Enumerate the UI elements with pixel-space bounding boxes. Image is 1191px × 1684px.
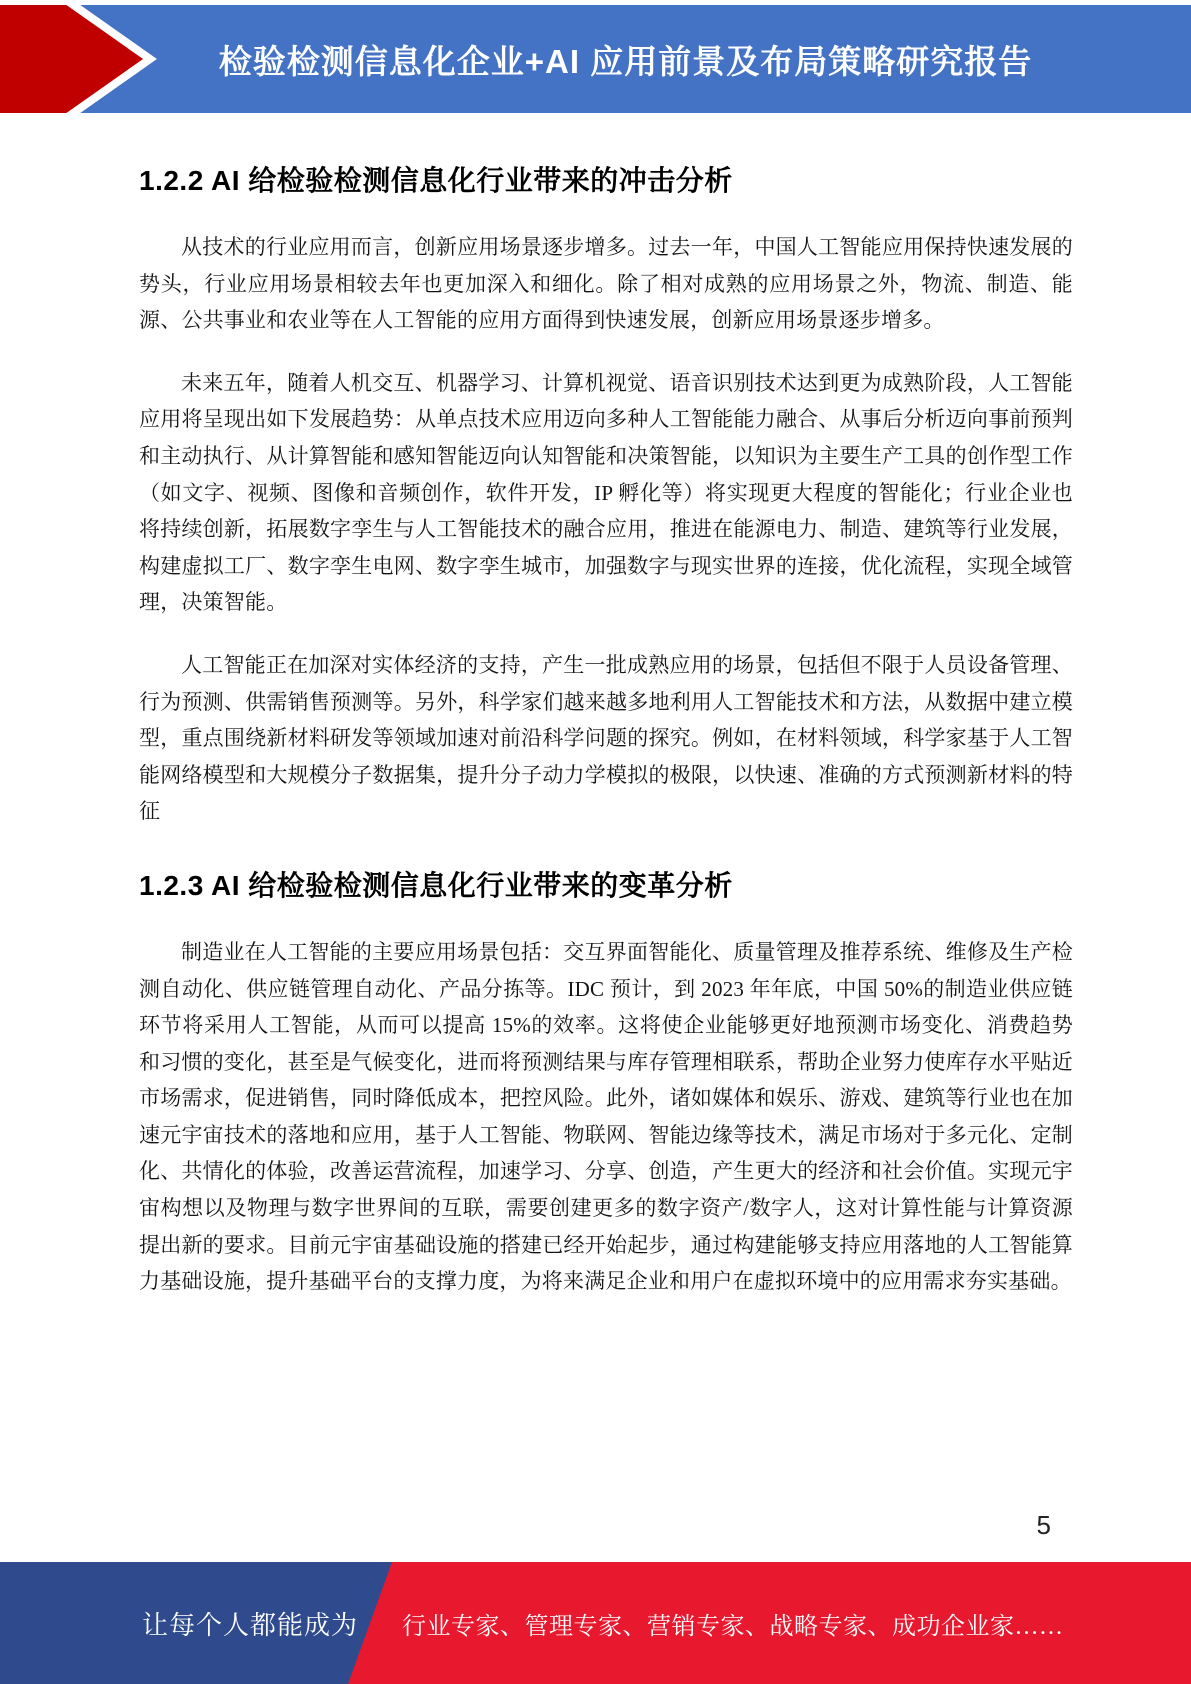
section-transformation-analysis: 1.2.3 AI 给检验检测信息化行业带来的变革分析 制造业在人工智能的主要应用…	[139, 868, 1073, 1300]
paragraph: 人工智能正在加深对实体经济的支持，产生一批成熟应用的场景，包括但不限于人员设备管…	[139, 647, 1073, 830]
section-heading-1: 1.2.2 AI 给检验检测信息化行业带来的冲击分析	[139, 163, 1073, 199]
page-content: 1.2.2 AI 给检验检测信息化行业带来的冲击分析 从技术的行业应用而言，创新…	[139, 113, 1073, 1326]
footer-slogan-right: 行业专家、管理专家、营销专家、战略专家、成功企业家……	[402, 1562, 1064, 1684]
footer-band: 让每个人都能成为 行业专家、管理专家、营销专家、战略专家、成功企业家……	[0, 1562, 1191, 1684]
paragraph: 未来五年，随着人机交互、机器学习、计算机视觉、语音识别技术达到更为成熟阶段，人工…	[139, 365, 1073, 621]
header-band: 检验检测信息化企业+AI 应用前景及布局策略研究报告	[0, 5, 1191, 113]
section-heading-2: 1.2.3 AI 给检验检测信息化行业带来的变革分析	[139, 868, 1073, 904]
chevron-right-icon	[0, 5, 165, 113]
report-title: 检验检测信息化企业+AI 应用前景及布局策略研究报告	[219, 36, 1032, 83]
paragraph: 制造业在人工智能的主要应用场景包括：交互界面智能化、质量管理及推荐系统、维修及生…	[139, 934, 1073, 1300]
section-impact-analysis: 1.2.2 AI 给检验检测信息化行业带来的冲击分析 从技术的行业应用而言，创新…	[139, 163, 1073, 830]
footer-slogan-left: 让每个人都能成为	[142, 1562, 358, 1684]
paragraph: 从技术的行业应用而言，创新应用场景逐步增多。过去一年，中国人工智能应用保持快速发…	[139, 229, 1073, 339]
report-page: { "header": { "title": "检验检测信息化企业+AI 应用前…	[0, 0, 1191, 1684]
page-number: 5	[1037, 1510, 1051, 1541]
